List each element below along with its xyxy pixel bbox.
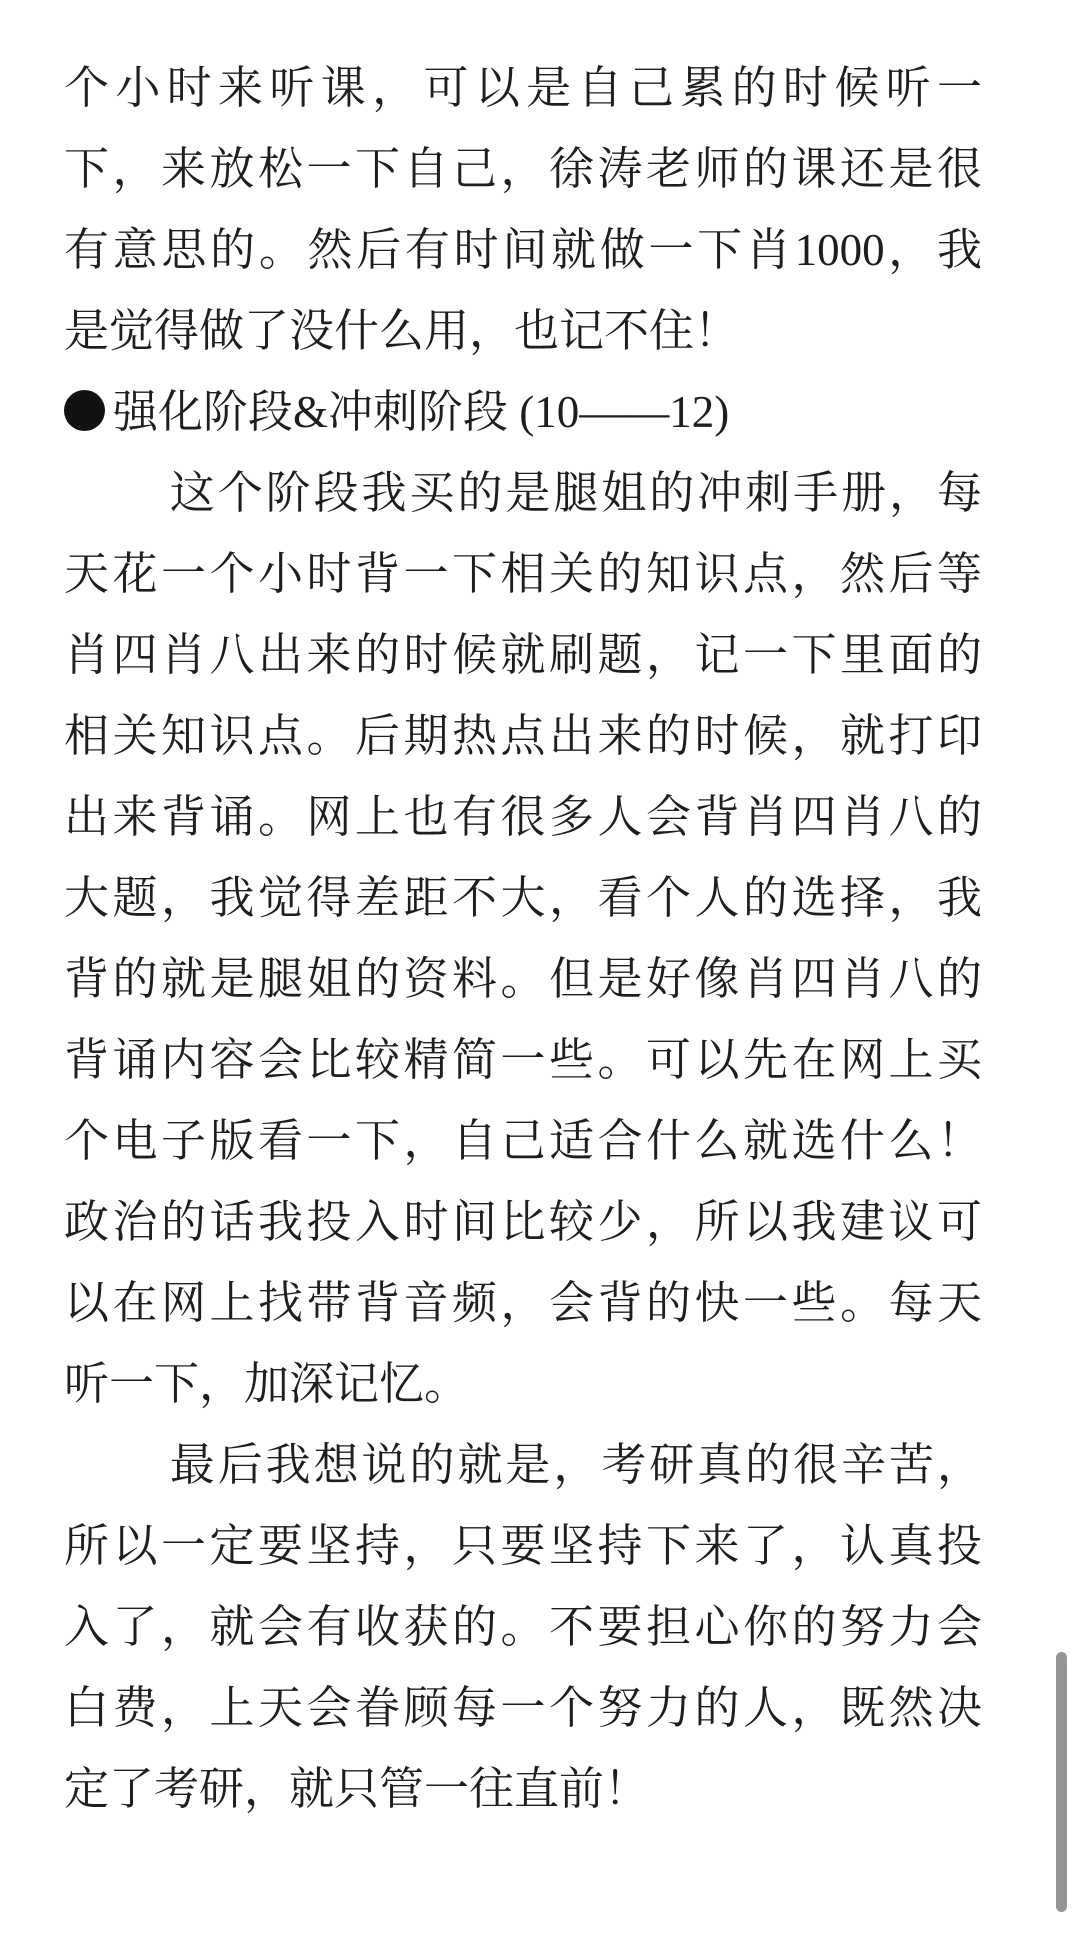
line-text: 白费，上天会眷顾每一个努力的人，既然决 — [64, 1683, 982, 1733]
line-text: 背诵内容会比较精简一些。可以先在网上买 — [64, 1035, 982, 1085]
line-text: 肖四肖八出来的时候就刷题，记一下里面的 — [64, 630, 982, 680]
text-line: 背诵内容会比较精简一些。可以先在网上买 — [64, 1020, 982, 1101]
line-text: 政治的话我投入时间比较少，所以我建议可 — [64, 1197, 982, 1247]
text-line: 出来背诵。网上也有很多人会背肖四肖八的 — [64, 777, 982, 858]
line-text: 所以一定要坚持，只要坚持下来了，认真投 — [64, 1521, 982, 1571]
text-line: 这个阶段我买的是腿姐的冲刺手册，每 — [64, 453, 982, 534]
text-line: 有意思的。然后有时间就做一下肖1000，我 — [64, 210, 982, 291]
text-line: 政治的话我投入时间比较少，所以我建议可 — [64, 1182, 982, 1263]
line-text: 强化阶段&冲刺阶段 (10——12) — [113, 387, 729, 437]
text-line: 天花一个小时背一下相关的知识点，然后等 — [64, 534, 982, 615]
line-text: 大题，我觉得差距不大，看个人的选择，我 — [64, 873, 982, 923]
line-text: 天花一个小时背一下相关的知识点，然后等 — [64, 549, 982, 599]
line-text: 听一下，加深记忆。 — [64, 1359, 469, 1409]
line-text: 入了，就会有收获的。不要担心你的努力会 — [64, 1602, 982, 1652]
text-line: 定了考研，就只管一往直前！ — [64, 1749, 982, 1830]
text-line: 背的就是腿姐的资料。但是好像肖四肖八的 — [64, 939, 982, 1020]
text-line: 以在网上找带背音频，会背的快一些。每天 — [64, 1263, 982, 1344]
line-text: 有意思的。然后有时间就做一下肖1000，我 — [64, 225, 982, 275]
line-text: 这个阶段我买的是腿姐的冲刺手册，每 — [170, 468, 982, 518]
scrollbar-thumb[interactable] — [1056, 1652, 1067, 1912]
line-text: 个电子版看一下，自己适合什么就选什么！ — [64, 1116, 982, 1166]
text-line: 最后我想说的就是，考研真的很辛苦， — [64, 1425, 982, 1506]
line-text: 以在网上找带背音频，会背的快一些。每天 — [64, 1278, 982, 1328]
text-line: 所以一定要坚持，只要坚持下来了，认真投 — [64, 1506, 982, 1587]
text-line: 相关知识点。后期热点出来的时候，就打印 — [64, 696, 982, 777]
line-text: 定了考研，就只管一往直前！ — [64, 1764, 649, 1814]
line-text: 个小时来听课，可以是自己累的时候听一 — [64, 63, 982, 113]
text-line: 个电子版看一下，自己适合什么就选什么！ — [64, 1101, 982, 1182]
text-line: 肖四肖八出来的时候就刷题，记一下里面的 — [64, 615, 982, 696]
line-text: 下，来放松一下自己，徐涛老师的课还是很 — [64, 144, 982, 194]
line-text: 出来背诵。网上也有很多人会背肖四肖八的 — [64, 792, 982, 842]
line-text: 最后我想说的就是，考研真的很辛苦， — [170, 1440, 982, 1490]
text-line: 入了，就会有收获的。不要担心你的努力会 — [64, 1587, 982, 1668]
line-text: 相关知识点。后期热点出来的时候，就打印 — [64, 711, 982, 761]
text-line: 大题，我觉得差距不大，看个人的选择，我 — [64, 858, 982, 939]
section-heading: 强化阶段&冲刺阶段 (10——12) — [64, 372, 982, 453]
text-line: 是觉得做了没什么用，也记不住！ — [64, 291, 982, 372]
text-line: 白费，上天会眷顾每一个努力的人，既然决 — [64, 1668, 982, 1749]
bullet-icon — [64, 390, 105, 431]
line-text: 背的就是腿姐的资料。但是好像肖四肖八的 — [64, 954, 982, 1004]
document-body: 个小时来听课，可以是自己累的时候听一下，来放松一下自己，徐涛老师的课还是很有意思… — [64, 48, 982, 1830]
text-line: 下，来放松一下自己，徐涛老师的课还是很 — [64, 129, 982, 210]
text-line: 听一下，加深记忆。 — [64, 1344, 982, 1425]
text-line: 个小时来听课，可以是自己累的时候听一 — [64, 48, 982, 129]
document-page: 个小时来听课，可以是自己累的时候听一下，来放松一下自己，徐涛老师的课还是很有意思… — [0, 0, 1080, 1947]
line-text: 是觉得做了没什么用，也记不住！ — [64, 306, 739, 356]
